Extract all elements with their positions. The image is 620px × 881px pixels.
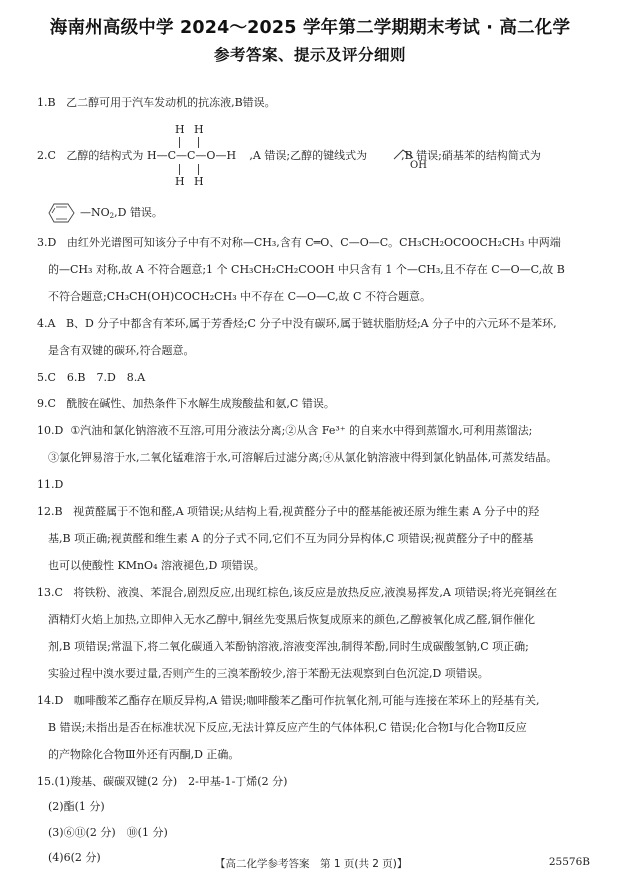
benzene-ring-icon <box>48 203 80 223</box>
answer-q11: 11.D <box>37 478 63 492</box>
answer-q2-line1: 2.C 乙醇的结构式为,A 错误;乙醇的键线式为,B 错误;硝基苯的结构简式为 <box>37 149 541 163</box>
answer-q5-8: 5.C 6.B 7.D 8.A <box>37 371 145 385</box>
question-number: 9.C <box>37 397 56 410</box>
document-subtitle: 参考答案、提示及评分细则 <box>0 43 620 65</box>
ethanol-skeletal-icon <box>393 148 419 160</box>
answer-text: 乙二醇可用于汽车发动机的抗冻液,B错误。 <box>66 96 276 109</box>
question-number: 10.D <box>37 424 63 437</box>
document-code: 25576B <box>549 856 590 868</box>
question-number: 3.D <box>37 236 56 249</box>
document-title: 海南州高级中学 2024～2025 学年第二学期期末考试 · 高二化学 <box>0 14 620 39</box>
question-number: 4.A <box>37 317 55 330</box>
question-number: 12.B <box>37 505 63 518</box>
answer-q15-part2: (2)酯(1 分) <box>48 800 105 814</box>
answer-q2-line2: —NO2,D 错误。 <box>48 203 163 223</box>
question-number: 13.C <box>37 586 63 599</box>
answer-q15-part1: 15.(1)羧基、碳碳双键(2 分) 2-甲基-1-丁烯(2 分) <box>37 775 287 789</box>
answer-q15-part4: (4)6(2 分) <box>48 851 101 865</box>
answer-q1: 1.B 乙二醇可用于汽车发动机的抗冻液,B错误。 <box>37 96 276 110</box>
page-number-label: 【高二化学参考答案 第 1 页(共 2 页)】 <box>215 856 407 871</box>
answer-q9: 9.C 酰胺在碱性、加热条件下水解生成羧酸盐和氨,C 错误。 <box>37 397 335 411</box>
question-number: 14.D <box>37 694 63 707</box>
question-number: 2.C <box>37 149 56 162</box>
answer-q15-part3: (3)⑥⑪(2 分) ⑩(1 分) <box>48 826 168 840</box>
question-number: 1.B <box>37 96 56 109</box>
